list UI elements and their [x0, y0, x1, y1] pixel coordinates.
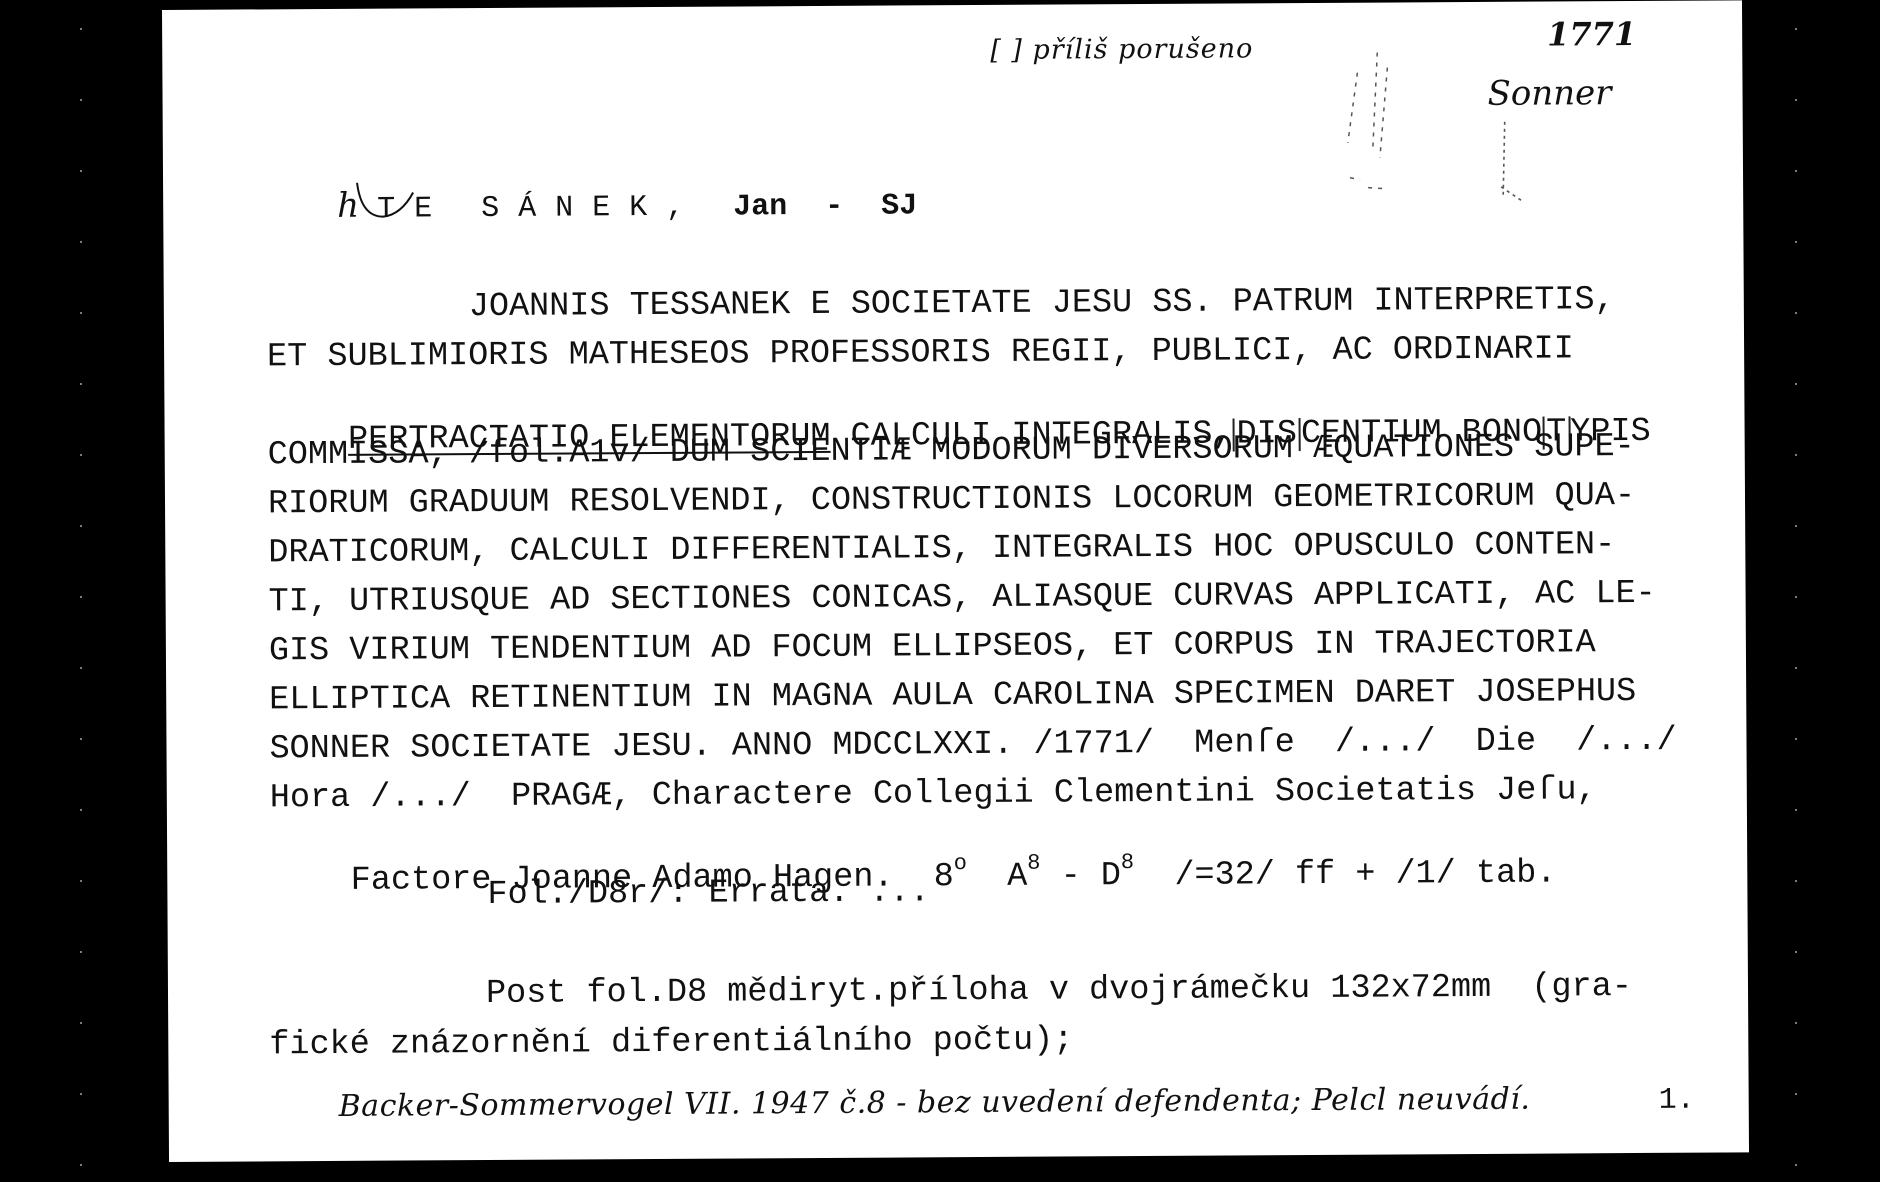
pencil-marks — [1493, 117, 1544, 207]
entry-line: Fol./D8r/: Errata. ... — [487, 876, 929, 912]
superscript: 8 — [1121, 850, 1134, 875]
entry-line: ET SUBLIMIORIS MATHESEOS PROFESSORIS REG… — [267, 333, 1574, 374]
given-name: Jan — [733, 190, 787, 224]
religious-order: SJ — [881, 189, 917, 223]
collation-text: - D — [1040, 857, 1121, 895]
entry-line: Hora /.../ PRAGÆ, Charactere Collegii Cl… — [270, 774, 1597, 816]
superscript: o — [954, 851, 967, 876]
handwritten-year: 1771 — [1547, 15, 1636, 54]
collation-text: /=32/ ff + /1/ tab. — [1134, 854, 1556, 895]
hyphen-arc-mark — [353, 178, 423, 223]
superscript: 8 — [1027, 850, 1040, 875]
handwritten-author-ref: Sonner — [1487, 73, 1611, 114]
catalog-card: [ ] příliš porušeno 1771 Sonner hTESÁNEK… — [162, 0, 1749, 1162]
entry-line: RIORUM GRADUUM RESOLVENDI, CONSTRUCTIONI… — [268, 480, 1635, 522]
heading-dash: - — [825, 190, 843, 224]
collation-text: A — [967, 857, 1028, 895]
entry-line: ELLIPTICA RETINENTIUM IN MAGNA AULA CARO… — [269, 676, 1636, 718]
pencil-marks — [1337, 47, 1408, 197]
entry-line: DRATICORUM, CALCULI DIFFERENTIALIS, INTE… — [268, 529, 1615, 571]
scan-artifact — [1795, 0, 1797, 1182]
surname-part2: SÁNEK, — [481, 191, 703, 226]
note-line: Post fol.D8 mědiryt.příloha v dvojrámečk… — [486, 971, 1632, 1011]
note-line: fické znázornění diferentiálního počtu); — [269, 1024, 1073, 1062]
entry-line: COMMISSA, /fol.A1v/ DUM SCIENTIÆ MODORUM… — [268, 431, 1635, 473]
entry-line: TI, UTRIUSQUE AD SECTIONES CONICAS, ALIA… — [269, 578, 1656, 620]
handwritten-top-note: [ ] příliš porušeno — [990, 33, 1253, 66]
entry-line: SONNER SOCIETATE JESU. ANNO MDCCLXXI. /1… — [269, 725, 1676, 767]
page-number: 1. — [1659, 1084, 1695, 1118]
handwritten-bottom-note: Backer-Sommervogel VII. 1947 č.8 - bez u… — [339, 1082, 1531, 1124]
entry-line: GIS VIRIUM TENDENTIUM AD FOCUM ELLIPSEOS… — [269, 627, 1596, 669]
entry-line: JOANNIS TESSANEK E SOCIETATE JESU SS. PA… — [469, 284, 1615, 324]
scan-artifact — [80, 0, 82, 1182]
